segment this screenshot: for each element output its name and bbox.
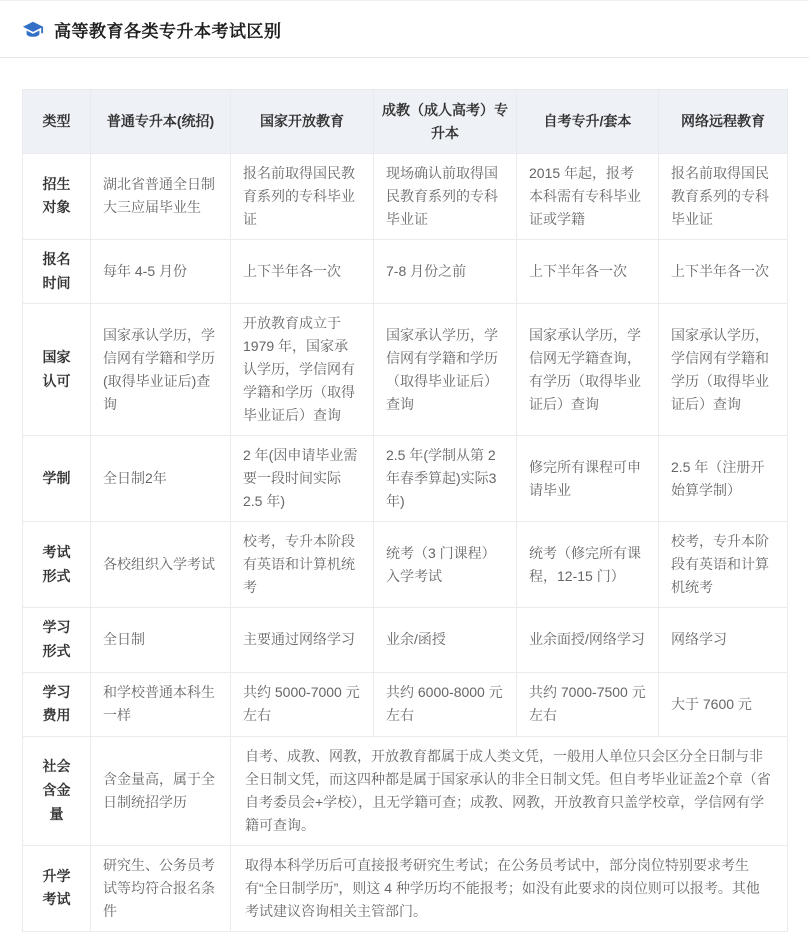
table-cell: 统考（修完所有课程，12-15 门）: [517, 522, 659, 608]
table-cell: 共约 7000-7500 元左右: [517, 672, 659, 737]
row-label: 社会含金量: [23, 737, 91, 846]
table-cell: 现场确认前取得国民教育系列的专科毕业证: [374, 154, 517, 240]
table-cell: 报名前取得国民教育系列的专科毕业证: [659, 154, 788, 240]
table-row-enrollment-target: 招生对象 湖北省普通全日制大三应届毕业生 报名前取得国民教育系列的专科毕业证 现…: [23, 154, 788, 240]
table-cell: 湖北省普通全日制大三应届毕业生: [91, 154, 231, 240]
row-label: 升学考试: [23, 845, 91, 931]
header-row: 类型 普通专升本(统招) 国家开放教育 成教（成人高考）专升本 自考专升/套本 …: [23, 90, 788, 154]
table-cell: 网络学习: [659, 607, 788, 672]
table-cell: 上下半年各一次: [231, 239, 374, 304]
table-cell: 报名前取得国民教育系列的专科毕业证: [231, 154, 374, 240]
column-header-zikao: 自考专升/套本: [517, 90, 659, 154]
row-label: 报名时间: [23, 239, 91, 304]
column-header-network: 网络远程教育: [659, 90, 788, 154]
table-cell: 主要通过网络学习: [231, 607, 374, 672]
table-cell: 上下半年各一次: [659, 239, 788, 304]
comparison-table-container: 类型 普通专升本(统招) 国家开放教育 成教（成人高考）专升本 自考专升/套本 …: [0, 58, 809, 932]
table-cell-merged: 取得本科学历后可直接报考研究生考试；在公务员考试中，部分岗位特别要求考生有“全日…: [231, 845, 788, 931]
table-cell: 共约 5000-7000 元左右: [231, 672, 374, 737]
table-cell: 全日制2年: [91, 436, 231, 522]
page-title: 高等教育各类专升本考试区别: [54, 17, 282, 42]
table-row-social-value: 社会含金量 含金量高，属于全日制统招学历 自考、成教、网教，开放教育都属于成人类…: [23, 737, 788, 846]
table-cell: 国家承认学历，学信网有学籍和学历（取得毕业证后）查询: [374, 304, 517, 436]
table-cell: 校考，专升本阶段有英语和计算机统考: [659, 522, 788, 608]
column-header-chengjiao: 成教（成人高考）专升本: [374, 90, 517, 154]
table-cell: 统考（3 门课程）入学考试: [374, 522, 517, 608]
row-label: 学习形式: [23, 607, 91, 672]
table-cell: 2 年(因申请毕业需要一段时间实际 2.5 年): [231, 436, 374, 522]
table-cell: 业余/函授: [374, 607, 517, 672]
table-cell: 上下半年各一次: [517, 239, 659, 304]
title-bar: 高等教育各类专升本考试区别: [0, 1, 809, 58]
table-cell: 研究生、公务员考试等均符合报名条件: [91, 845, 231, 931]
table-cell: 2.5 年(学制从第 2 年春季算起)实际3年): [374, 436, 517, 522]
table-cell: 共约 6000-8000 元左右: [374, 672, 517, 737]
table-cell: 国家承认学历，学信网有学籍和学历（取得毕业证后）查询: [659, 304, 788, 436]
table-cell: 2015 年起，报考本科需有专科毕业证或学籍: [517, 154, 659, 240]
table-row-schooling-length: 学制 全日制2年 2 年(因申请毕业需要一段时间实际 2.5 年) 2.5 年(…: [23, 436, 788, 522]
table-cell: 全日制: [91, 607, 231, 672]
table-cell: 和学校普通本科生一样: [91, 672, 231, 737]
row-label: 学制: [23, 436, 91, 522]
column-header-type: 类型: [23, 90, 91, 154]
table-cell: 国家承认学历，学信网有学籍和学历(取得毕业证后)查询: [91, 304, 231, 436]
table-cell: 2.5 年（注册开始算学制）: [659, 436, 788, 522]
table-cell: 各校组织入学考试: [91, 522, 231, 608]
table-cell: 修完所有课程可申请毕业: [517, 436, 659, 522]
table-cell: 大于 7600 元: [659, 672, 788, 737]
row-label: 学习费用: [23, 672, 91, 737]
row-label: 招生对象: [23, 154, 91, 240]
graduation-cap-icon: [22, 19, 44, 41]
table-cell: 含金量高，属于全日制统招学历: [91, 737, 231, 846]
table-row-registration-time: 报名时间 每年 4-5 月份 上下半年各一次 7-8 月份之前 上下半年各一次 …: [23, 239, 788, 304]
column-header-tongzhao: 普通专升本(统招): [91, 90, 231, 154]
row-label: 国家认可: [23, 304, 91, 436]
table-row-exam-form: 考试形式 各校组织入学考试 校考，专升本阶段有英语和计算机统考 统考（3 门课程…: [23, 522, 788, 608]
table-cell: 每年 4-5 月份: [91, 239, 231, 304]
column-header-open-education: 国家开放教育: [231, 90, 374, 154]
table-cell: 7-8 月份之前: [374, 239, 517, 304]
table-cell-merged: 自考、成教、网教，开放教育都属于成人类文凭，一般用人单位只会区分全日制与非全日制…: [231, 737, 788, 846]
table-cell: 开放教育成立于 1979 年，国家承认学历，学信网有学籍和学历（取得毕业证后）查…: [231, 304, 374, 436]
table-cell: 国家承认学历，学信网无学籍查询，有学历（取得毕业证后）查询: [517, 304, 659, 436]
table-cell: 校考，专升本阶段有英语和计算机统考: [231, 522, 374, 608]
table-cell: 业余面授/网络学习: [517, 607, 659, 672]
table-row-study-cost: 学习费用 和学校普通本科生一样 共约 5000-7000 元左右 共约 6000…: [23, 672, 788, 737]
row-label: 考试形式: [23, 522, 91, 608]
table-row-further-exams: 升学考试 研究生、公务员考试等均符合报名条件 取得本科学历后可直接报考研究生考试…: [23, 845, 788, 931]
comparison-table: 类型 普通专升本(统招) 国家开放教育 成教（成人高考）专升本 自考专升/套本 …: [22, 89, 788, 932]
table-row-study-form: 学习形式 全日制 主要通过网络学习 业余/函授 业余面授/网络学习 网络学习: [23, 607, 788, 672]
table-row-state-recognition: 国家认可 国家承认学历，学信网有学籍和学历(取得毕业证后)查询 开放教育成立于 …: [23, 304, 788, 436]
